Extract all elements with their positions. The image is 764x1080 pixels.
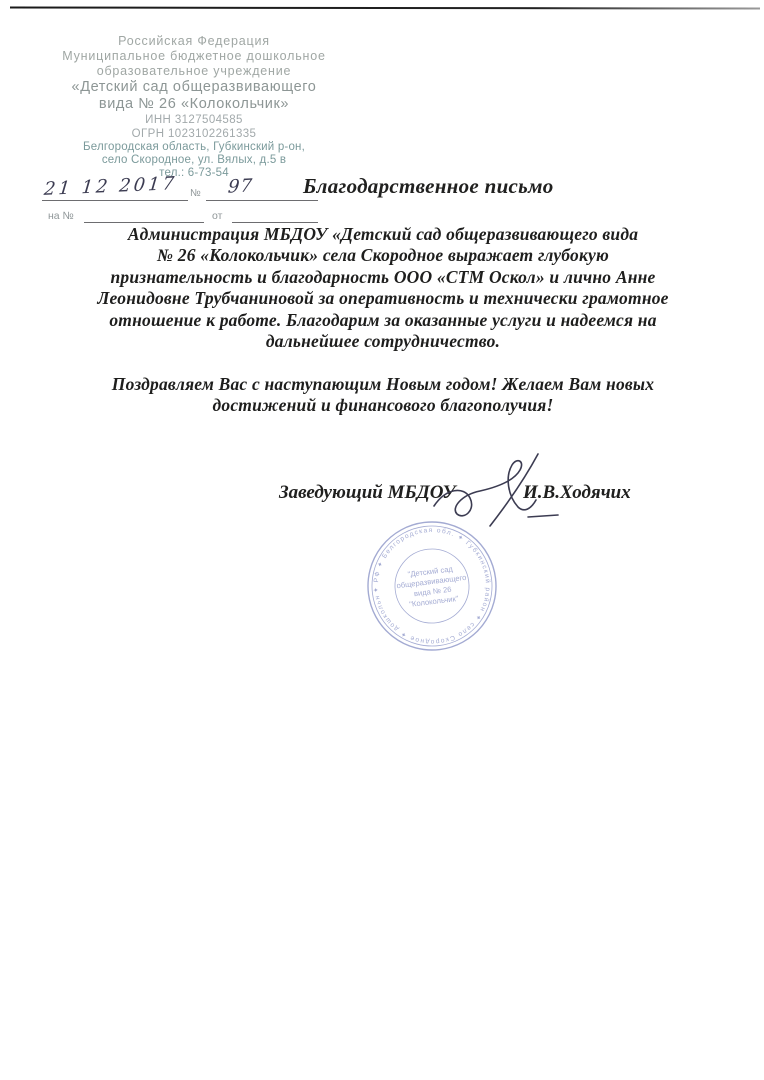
letterhead-org-line: образовательное учреждение — [38, 64, 350, 79]
reference-block: 21 12 2017 № 97 на № от — [40, 176, 330, 230]
number-sign-label: № — [190, 188, 201, 199]
letterhead-ogrn: ОГРН 1023102261335 — [38, 127, 350, 141]
official-round-stamp: ✦ РФ ✦ Белгородская обл. ✦ Губкинский ра… — [347, 501, 516, 670]
letterhead-org-name: вида № 26 «Колокольчик» — [38, 96, 350, 113]
date-underline — [42, 200, 188, 201]
scanner-artifact-line — [10, 6, 760, 9]
from-date-label: от — [212, 210, 222, 222]
from-date-underline — [232, 222, 318, 223]
letterhead-address: село Скородное, ул. Вялых, д.5 в — [38, 154, 350, 167]
reply-to-underline — [84, 222, 204, 223]
body-line: признательность и благодарность ООО «СТМ… — [38, 267, 728, 288]
body-line: отношение к работе. Благодарим за оказан… — [38, 310, 728, 331]
scanned-letter-page: Российская Федерация Муниципальное бюдже… — [0, 0, 764, 1080]
letter-title: Благодарственное письмо — [303, 174, 554, 199]
date-number-row: 21 12 2017 № 97 — [40, 176, 330, 206]
letterhead: Российская Федерация Муниципальное бюдже… — [38, 34, 350, 180]
signature-dash — [528, 515, 558, 517]
number-underline — [206, 200, 318, 201]
letterhead-org-line: Муниципальное бюджетное дошкольное — [38, 49, 350, 64]
handwritten-number: 97 — [227, 175, 254, 197]
body-line: Поздравляем Вас с наступающим Новым годо… — [38, 374, 728, 395]
letterhead-inn: ИНН 3127504585 — [38, 113, 350, 127]
reply-to-label: на № — [48, 210, 74, 222]
handwritten-date: 21 12 2017 — [43, 173, 178, 200]
body-line: Леонидовне Трубчаниновой за оперативност… — [38, 288, 728, 309]
body-line: достижений и финансового благополучия! — [38, 395, 728, 416]
letterhead-address: Белгородская область, Губкинский р-он, — [38, 141, 350, 154]
letterhead-org-name: «Детский сад общеразвивающего — [38, 79, 350, 96]
body-line: дальнейшее сотрудничество. — [38, 331, 728, 352]
body-line: Администрация МБДОУ «Детский сад общераз… — [38, 224, 728, 245]
body-paragraph-2: Поздравляем Вас с наступающим Новым годо… — [38, 374, 728, 417]
body-line: № 26 «Колокольчик» села Скородное выража… — [38, 245, 728, 266]
body-paragraph-1: Администрация МБДОУ «Детский сад общераз… — [38, 224, 728, 352]
letterhead-country: Российская Федерация — [38, 34, 350, 49]
